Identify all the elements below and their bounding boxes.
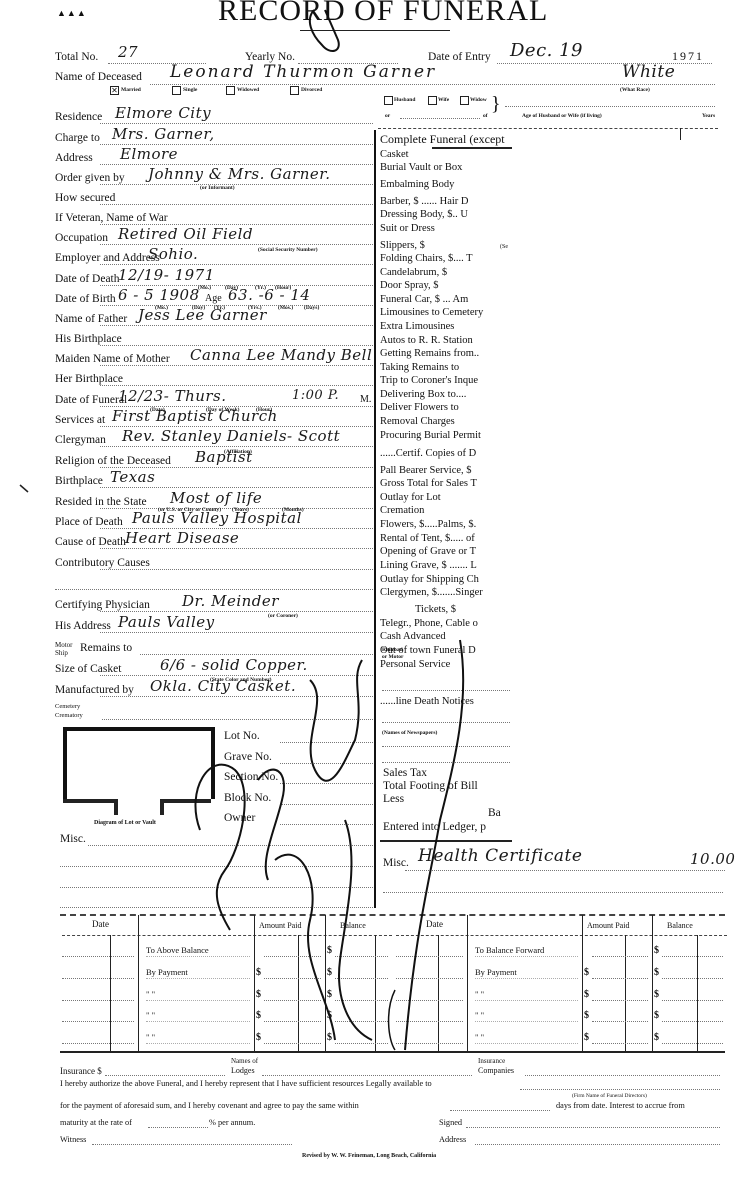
charge-item: Cash Advanced: [380, 632, 446, 643]
death-caption-mo: (Mo.): [198, 286, 211, 292]
single-checkbox[interactable]: [172, 86, 181, 95]
ledger-right-balance-dollar: $: [654, 1010, 659, 1021]
resided-caption-location: (or U.S. or City or County): [158, 508, 221, 514]
services-at-label: Services at: [55, 415, 105, 427]
ledger-left-amount-dollar: $: [256, 1010, 261, 1021]
date-of-death-label: Date of Death: [55, 274, 120, 286]
religion-caption: (Affiliation): [224, 450, 252, 456]
newspaper-line-1: [382, 722, 510, 723]
charge-item: Gross Total for Sales T: [380, 479, 477, 490]
ledger-left-row-line: [146, 1021, 250, 1022]
ledger-right-amount-line[interactable]: [592, 1043, 648, 1044]
lot-field-label: Owner: [224, 813, 255, 825]
authorize-text: I hereby authorize the above Funeral, an…: [60, 1080, 432, 1088]
lot-field-label: Block No.: [224, 793, 271, 805]
maturity-text: maturity at the rate of: [60, 1119, 132, 1127]
charge-item: Dressing Body, $.. U: [380, 210, 468, 221]
title-underline: [300, 30, 450, 31]
remains-to-label: Remains to: [80, 643, 132, 655]
ledger-left-date-line[interactable]: [62, 1000, 134, 1001]
charge-to-value[interactable]: Mrs. Garner,: [112, 127, 215, 142]
husband-checkbox[interactable]: [384, 96, 393, 105]
clergyman-label: Clergyman: [55, 435, 106, 447]
ledger-left-balance-dollar: $: [327, 989, 332, 1000]
brace: }: [491, 94, 501, 114]
rate-line: [148, 1127, 208, 1128]
misc-charge-line: [405, 870, 725, 871]
ledger-left-column-line: [138, 915, 139, 1051]
newspaper-line-3: [382, 762, 510, 763]
ledger-left-row-label: " ": [146, 1011, 155, 1020]
signed-line: [466, 1127, 720, 1128]
ship-label: Ship: [55, 650, 68, 657]
birth-caption-mo: (Mo.): [155, 306, 168, 312]
ledger-left-row-line: [146, 956, 250, 957]
birth-caption-yr: (Yr.): [214, 306, 225, 312]
contributory-causes-label: Contributory Causes: [55, 558, 150, 570]
lot-field-line[interactable]: [280, 824, 373, 825]
charge-item: ......line Death Notices: [380, 697, 474, 708]
occupation-label: Occupation: [55, 233, 108, 245]
employer-label: Employer and Address: [55, 253, 160, 265]
physician-caption: (or Coroner): [268, 614, 298, 620]
ledger-right-row-line: [475, 1000, 578, 1001]
charge-item: Autos to R. R. Station: [380, 336, 473, 347]
contributory-line-2: [55, 589, 373, 590]
charge-item: Rental of Tent, $..... of: [380, 534, 475, 545]
lot-misc-line-4: [60, 907, 373, 908]
newspapers-caption: (Names of Newspapers): [382, 731, 437, 737]
widow-checkbox[interactable]: [460, 96, 469, 105]
casket-caption: (State Color and Number): [210, 678, 271, 684]
total-footing-label: Total Footing of Bill: [383, 781, 478, 793]
total-no-value[interactable]: 27: [118, 45, 138, 60]
railroad-label-bottom: or Motor: [382, 655, 403, 661]
motor-label: Motor: [55, 642, 73, 649]
charge-item: Casket: [380, 150, 409, 161]
ledger-left-balance-dollar: $: [327, 967, 332, 978]
ledger-left-row-label: To Above Balance: [146, 946, 209, 955]
lot-field-line[interactable]: [280, 742, 373, 743]
charge-item: ......Certif. Copies of D: [380, 449, 476, 460]
charge-item: Funeral Car, $ ... Am: [380, 295, 468, 306]
lodges-line: [262, 1075, 472, 1076]
widowed-checkbox[interactable]: [226, 86, 235, 95]
ledger-right-date-line[interactable]: [396, 1043, 463, 1044]
ledger-left-balance-line[interactable]: [335, 956, 388, 957]
less-label: Less: [383, 794, 404, 806]
ledger-right-date-line[interactable]: [396, 1000, 463, 1001]
lot-field-label: Section No.: [224, 772, 278, 784]
manufactured-by-label: Manufactured by: [55, 685, 134, 697]
birth-caption-days: (Days): [304, 306, 319, 312]
his-address-line: [100, 632, 373, 633]
ledger-left-balance-dollar: $: [327, 945, 332, 956]
name-of-deceased-label: Name of Deceased: [55, 72, 142, 84]
charge-item: Barber, $ ...... Hair D: [380, 197, 469, 208]
ledger-bottom-rule: [60, 1051, 725, 1053]
charge-item: Pall Bearer Service, $: [380, 466, 472, 477]
date-of-birth-label: Date of Birth: [55, 294, 116, 306]
how-secured-line: [100, 204, 373, 205]
ledger-right-row-label: To Balance Forward: [475, 946, 544, 955]
wife-label: Wife: [438, 98, 449, 104]
lot-diagram: [63, 727, 215, 799]
ledger-right-balance-line[interactable]: [662, 956, 723, 957]
widow-label: Widow: [470, 98, 487, 104]
charge-item: Procuring Burial Permit: [380, 431, 481, 442]
date-of-funeral-value[interactable]: 12/23- Thurs.: [118, 389, 227, 404]
column-divider: [374, 130, 376, 908]
ledger-left-amount-line[interactable]: [264, 1043, 321, 1044]
ledger-left-date-line[interactable]: [62, 956, 134, 957]
address-label: Address: [439, 1136, 466, 1144]
charge-item: Burial Vault or Box: [380, 163, 462, 174]
his-birthplace-label: His Birthplace: [55, 334, 122, 346]
ledger-left-column-line: [298, 935, 299, 1051]
ledger-right-amount-line[interactable]: [592, 956, 648, 957]
misc-charge-value[interactable]: Health Certificate: [418, 848, 582, 865]
his-address-label: His Address: [55, 621, 111, 633]
ledger-left-amount-line[interactable]: [264, 956, 321, 957]
ledger-right-row-line: [475, 978, 578, 979]
ledger-left-amount-dollar: $: [256, 1032, 261, 1043]
page-title: RECORD OF FUNERAL: [218, 0, 548, 28]
lot-diagram-bottom-right: [160, 799, 211, 803]
companies-label-top: Insurance: [478, 1058, 505, 1065]
charge-to-label: Charge to: [55, 133, 100, 145]
clergyman-line: [100, 446, 373, 447]
resided-caption-years: (Years): [232, 508, 249, 514]
married-label: Married: [121, 88, 141, 94]
charge-item: Trip to Coroner's Inque: [380, 376, 478, 387]
ledger-left-balance-dollar: $: [327, 1010, 332, 1021]
ledger-left-balance-line[interactable]: [335, 1000, 388, 1001]
ledger-left-amount-dollar: $: [256, 967, 261, 978]
ledger-right-date-line[interactable]: [396, 1021, 463, 1022]
race-caption: (What Race): [620, 88, 650, 94]
side-fragment: (Se: [500, 244, 508, 250]
maiden-name-mother-label: Maiden Name of Mother: [55, 354, 170, 366]
lot-diagram-bottom-left: [63, 799, 118, 803]
ledger-right-date-header: Date: [426, 920, 443, 929]
cause-of-death-value[interactable]: Heart Disease: [125, 531, 239, 546]
firm-caption: (Firm Name of Funeral Directors): [572, 1094, 647, 1100]
manufactured-by-line: [100, 696, 373, 697]
size-of-casket-value[interactable]: 6/6 - solid Copper.: [160, 658, 308, 673]
birth-caption-mos: (Mos.): [278, 306, 293, 312]
services-at-value[interactable]: First Baptist Church: [112, 409, 278, 424]
lot-field-line[interactable]: [280, 783, 373, 784]
ledger-right-column-line: [438, 935, 439, 1051]
ledger-left-amount-line[interactable]: [264, 1021, 321, 1022]
ledger-right-row-label: " ": [475, 1011, 484, 1020]
employer-value[interactable]: Sohio.: [148, 247, 198, 262]
spouse-line: [400, 118, 480, 119]
divorced-label: Divorced: [301, 88, 322, 94]
address-label: Address: [55, 153, 93, 165]
entered-ledger-rule: [380, 840, 512, 842]
ledger-left-amount-header: Amount Paid: [259, 922, 301, 930]
charge-item: Slippers, $: [380, 241, 425, 252]
husband-label: Husband: [394, 98, 415, 104]
contributory-causes-line: [100, 569, 373, 570]
lot-field-label: Grave No.: [224, 752, 272, 764]
ledger-right-balance-dollar: $: [654, 945, 659, 956]
lot-diagram-post-left: [114, 799, 118, 815]
cemetery-label: Cemetery: [55, 704, 80, 711]
maiden-name-mother-line: [100, 365, 373, 366]
ledger-right-balance-line[interactable]: [662, 978, 723, 979]
date-of-entry-year[interactable]: 1971: [672, 50, 704, 62]
revised-by: Revised by W. W. Feineman, Long Beach, C…: [302, 1153, 436, 1159]
resided-in-state-label: Resided in the State: [55, 497, 147, 509]
ledger-left-amount-line[interactable]: [264, 978, 321, 979]
ledger-right-date-line[interactable]: [396, 978, 463, 979]
date-of-birth-value[interactable]: 6 - 5 1908: [118, 288, 200, 303]
witness-label: Witness: [60, 1136, 86, 1144]
charge-item: Deliver Flowers to: [380, 403, 459, 414]
charge-item: Delivering Box to....: [380, 390, 466, 401]
ledger-left-row-label: By Payment: [146, 968, 188, 977]
charge-item: Extra Limousines: [380, 322, 454, 333]
ledger-left-column-line: [325, 915, 326, 1051]
ledger-left-date-line[interactable]: [62, 978, 134, 979]
charges-heading-underline: [432, 147, 512, 149]
charge-item: Suit or Dress: [380, 224, 435, 235]
crematory-label: Crematory: [55, 713, 83, 720]
ledger-right-balance-dollar: $: [654, 1032, 659, 1043]
name-of-father-line: [100, 325, 373, 326]
ledger-left-balance-line[interactable]: [335, 978, 388, 979]
charge-item: Embalming Body: [380, 180, 454, 191]
insurance-label: Insurance $: [60, 1067, 102, 1076]
charge-item: Door Spray, $: [380, 281, 439, 292]
ledger-left-column-line: [110, 935, 111, 1051]
widowed-label: Widowed: [237, 88, 259, 94]
ledger-left-amount-dollar: $: [256, 989, 261, 1000]
ssn-caption: (Social Security Number): [258, 248, 318, 254]
certifying-physician-line: [100, 611, 373, 612]
size-of-casket-label: Size of Casket: [55, 664, 121, 676]
charge-item: Folding Chairs, $.... T: [380, 254, 473, 265]
veteran-label: If Veteran, Name of War: [55, 213, 168, 225]
remains-to-line: [140, 654, 373, 655]
ledger-left-balance-header: Balance: [340, 922, 366, 930]
residence-label: Residence: [55, 112, 102, 124]
witness-line: [92, 1144, 292, 1145]
lot-diagram-caption: Diagram of Lot or Vault: [94, 820, 156, 826]
certifying-physician-value[interactable]: Dr. Meinder: [182, 594, 279, 609]
certifying-physician-label: Certifying Physician: [55, 600, 150, 612]
lot-misc-line-2: [60, 866, 373, 867]
ledger-right-row-label: " ": [475, 990, 484, 999]
newspaper-line-2: [382, 746, 510, 747]
ledger-right-column-line: [625, 935, 626, 1051]
ledger-left-date-line[interactable]: [62, 1021, 134, 1022]
sales-tax-label: Sales Tax: [383, 768, 427, 780]
ledger-left-row-line: [146, 978, 250, 979]
employer-line: [100, 264, 373, 265]
lodges-label-bottom: Lodges: [231, 1067, 255, 1075]
ledger-right-amount-dollar: $: [584, 1010, 589, 1021]
ledger-right-balance-line[interactable]: [662, 1021, 723, 1022]
ledger-left-balance-line[interactable]: [335, 1021, 388, 1022]
payment-text: for the payment of aforesaid sum, and I …: [60, 1102, 359, 1110]
charge-item: Flowers, $.....Palms, $.: [380, 520, 476, 531]
charge-item: Candelabrum, $: [380, 268, 447, 279]
occupation-value[interactable]: Retired Oil Field: [118, 227, 253, 242]
residence-line: [100, 123, 373, 124]
ledger-left-date-header: Date: [92, 920, 109, 929]
entered-ledger-label: Entered into Ledger, p: [383, 822, 486, 834]
cause-of-death-line: [100, 548, 373, 549]
firm-line: [520, 1089, 720, 1090]
birthplace-value[interactable]: Texas: [110, 470, 155, 485]
lodges-label-top: Names of: [231, 1058, 258, 1065]
charge-item: Outlay for Lot: [380, 493, 441, 504]
single-label: Single: [183, 88, 197, 94]
ledger-right-column-line: [582, 915, 583, 1051]
charge-item: Telegr., Phone, Cable o: [380, 619, 478, 630]
place-of-death-label: Place of Death: [55, 517, 123, 529]
race-value[interactable]: White: [622, 64, 675, 81]
residence-value[interactable]: Elmore City: [115, 106, 211, 121]
address-line: [475, 1144, 720, 1145]
lot-diagram-post-right: [160, 799, 164, 815]
ledger-left-date-line[interactable]: [62, 1043, 134, 1044]
name-of-father-label: Name of Father: [55, 314, 127, 326]
ledger-left-amount-line[interactable]: [264, 1000, 321, 1001]
ledger-right-row-line: [475, 1043, 578, 1044]
age-spouse-label: Age of Husband or Wife (if living): [522, 114, 602, 120]
balance-partial-label: Ba: [488, 808, 501, 820]
companies-line: [525, 1075, 720, 1076]
birth-caption-yrs: (Yrs.): [248, 306, 262, 312]
ledger-top-divider: [60, 914, 725, 916]
lot-field-line[interactable]: [280, 763, 373, 764]
funeral-caption-dow: (Day of Week): [206, 408, 240, 414]
railroad-label-top: Railroad: [382, 648, 403, 654]
address-value[interactable]: Elmore: [120, 147, 178, 162]
name-of-deceased-value[interactable]: Leonard Thurmon Garner: [170, 64, 436, 81]
days-text: days from date. Interest to accrue from: [556, 1102, 685, 1110]
birth-caption-day: (Day): [192, 306, 205, 312]
his-address-value[interactable]: Pauls Valley: [118, 615, 215, 630]
ledger-left-row-label: " ": [146, 1033, 155, 1042]
birthplace-label: Birthplace: [55, 476, 103, 488]
date-of-death-value[interactable]: 12/19- 1971: [118, 268, 215, 283]
ledger-right-balance-line[interactable]: [662, 1000, 723, 1001]
order-given-by-line: [100, 184, 373, 185]
funeral-time-value[interactable]: 1:00 P.: [292, 389, 339, 402]
clergyman-value[interactable]: Rev. Stanley Daniels- Scott: [122, 429, 340, 444]
spouse-divider: [378, 128, 718, 129]
days-line: [450, 1110, 550, 1111]
cause-of-death-label: Cause of Death: [55, 537, 126, 549]
corner-mark: ▲▲▲: [57, 8, 87, 18]
total-no-label: Total No.: [55, 52, 98, 64]
charge-item: Clergymen, $.......Singer: [380, 588, 483, 599]
her-birthplace-label: Her Birthplace: [55, 374, 123, 386]
misc-charge-line-2: [383, 892, 723, 893]
charge-item: Removal Charges: [380, 417, 455, 428]
spouse-of-label: of: [483, 114, 488, 120]
ledger-right-amount-dollar: $: [584, 989, 589, 1000]
lot-field-line[interactable]: [280, 804, 373, 805]
name-line: [150, 84, 715, 85]
date-of-entry-value[interactable]: Dec. 19: [510, 42, 583, 60]
ledger-right-row-label: By Payment: [475, 968, 517, 977]
companies-label-bottom: Companies: [478, 1067, 514, 1075]
charges-heading: Complete Funeral (except: [380, 133, 505, 145]
ledger-right-column-line: [697, 935, 698, 1051]
married-checkbox[interactable]: ✕: [110, 86, 119, 95]
order-given-by-label: Order given by: [55, 173, 125, 185]
ledger-right-balance-line[interactable]: [662, 1043, 723, 1044]
ledger-right-column-line: [467, 915, 468, 1051]
funeral-time-suffix: M.: [360, 395, 371, 405]
ledger-left-header-rule: [62, 935, 392, 936]
her-birthplace-line: [100, 385, 373, 386]
ledger-right-column-line: [652, 915, 653, 1051]
how-secured-label: How secured: [55, 193, 115, 205]
lot-misc-label: Misc.: [60, 834, 86, 846]
lot-misc-line-1: [88, 845, 373, 846]
charge-item: Outlay for Shipping Ch: [380, 575, 479, 586]
funeral-caption-date: (Date): [150, 408, 165, 414]
ledger-right-amount-header: Amount Paid: [587, 922, 629, 930]
wife-checkbox[interactable]: [428, 96, 437, 105]
ledger-left-balance-line[interactable]: [335, 1043, 388, 1044]
charge-item: Taking Remains to: [380, 363, 459, 374]
ledger-right-amount-line[interactable]: [592, 978, 648, 979]
date-of-funeral-label: Date of Funeral: [55, 395, 127, 407]
ledger-right-row-line: [475, 1021, 578, 1022]
ledger-left-row-label: " ": [146, 990, 155, 999]
cemetery-line: [102, 719, 373, 720]
age-spouse-line: [505, 106, 715, 107]
ledger-right-date-line[interactable]: [396, 956, 463, 957]
charge-item: Personal Service: [380, 660, 450, 671]
ledger-left-row-line: [146, 1043, 250, 1044]
funeral-caption-hour: (Hour): [256, 408, 272, 414]
spouse-tick: [680, 128, 681, 140]
charge-item: Limousines to Cemetery: [380, 308, 483, 319]
ledger-right-amount-line[interactable]: [592, 1021, 648, 1022]
ledger-right-balance-dollar: $: [654, 967, 659, 978]
ledger-right-amount-line[interactable]: [592, 1000, 648, 1001]
resided-in-state-value[interactable]: Most of life: [170, 491, 262, 506]
misc-charge-amount[interactable]: 10.00: [690, 852, 735, 867]
resided-caption-months: (Months): [282, 508, 304, 514]
birthplace-line: [100, 487, 373, 488]
ledger-right-amount-dollar: $: [584, 1032, 589, 1043]
misc-charge-label: Misc.: [383, 858, 409, 870]
charge-item: Lining Grave, $ ....... L: [380, 561, 477, 572]
religion-label: Religion of the Deceased: [55, 456, 171, 468]
date-of-entry-line: [497, 63, 712, 64]
divorced-checkbox[interactable]: [290, 86, 299, 95]
signed-label: Signed: [439, 1119, 462, 1127]
age-value[interactable]: 63. -6 - 14: [228, 288, 310, 303]
order-given-by-value[interactable]: Johnny & Mrs. Garner.: [148, 167, 331, 182]
age-label: Age: [205, 294, 222, 304]
percent-text: % per annum.: [209, 1119, 255, 1127]
maiden-name-mother-value[interactable]: Canna Lee Mandy Bell: [190, 348, 372, 363]
ledger-left-column-line: [375, 935, 376, 1051]
ledger-right-balance-header: Balance: [667, 922, 693, 930]
